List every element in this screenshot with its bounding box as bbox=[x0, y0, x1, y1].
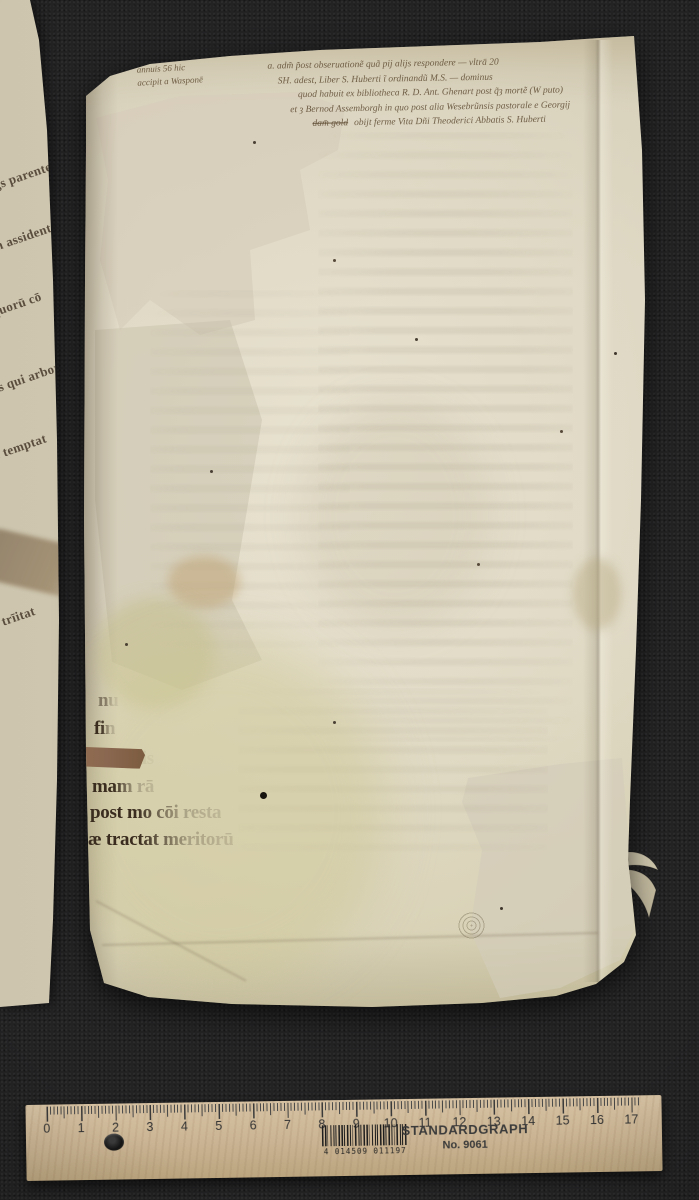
photo-of-manuscript: gs parentes in assident quorū cō os qui … bbox=[0, 0, 699, 1200]
photo-vignette bbox=[0, 0, 699, 1200]
